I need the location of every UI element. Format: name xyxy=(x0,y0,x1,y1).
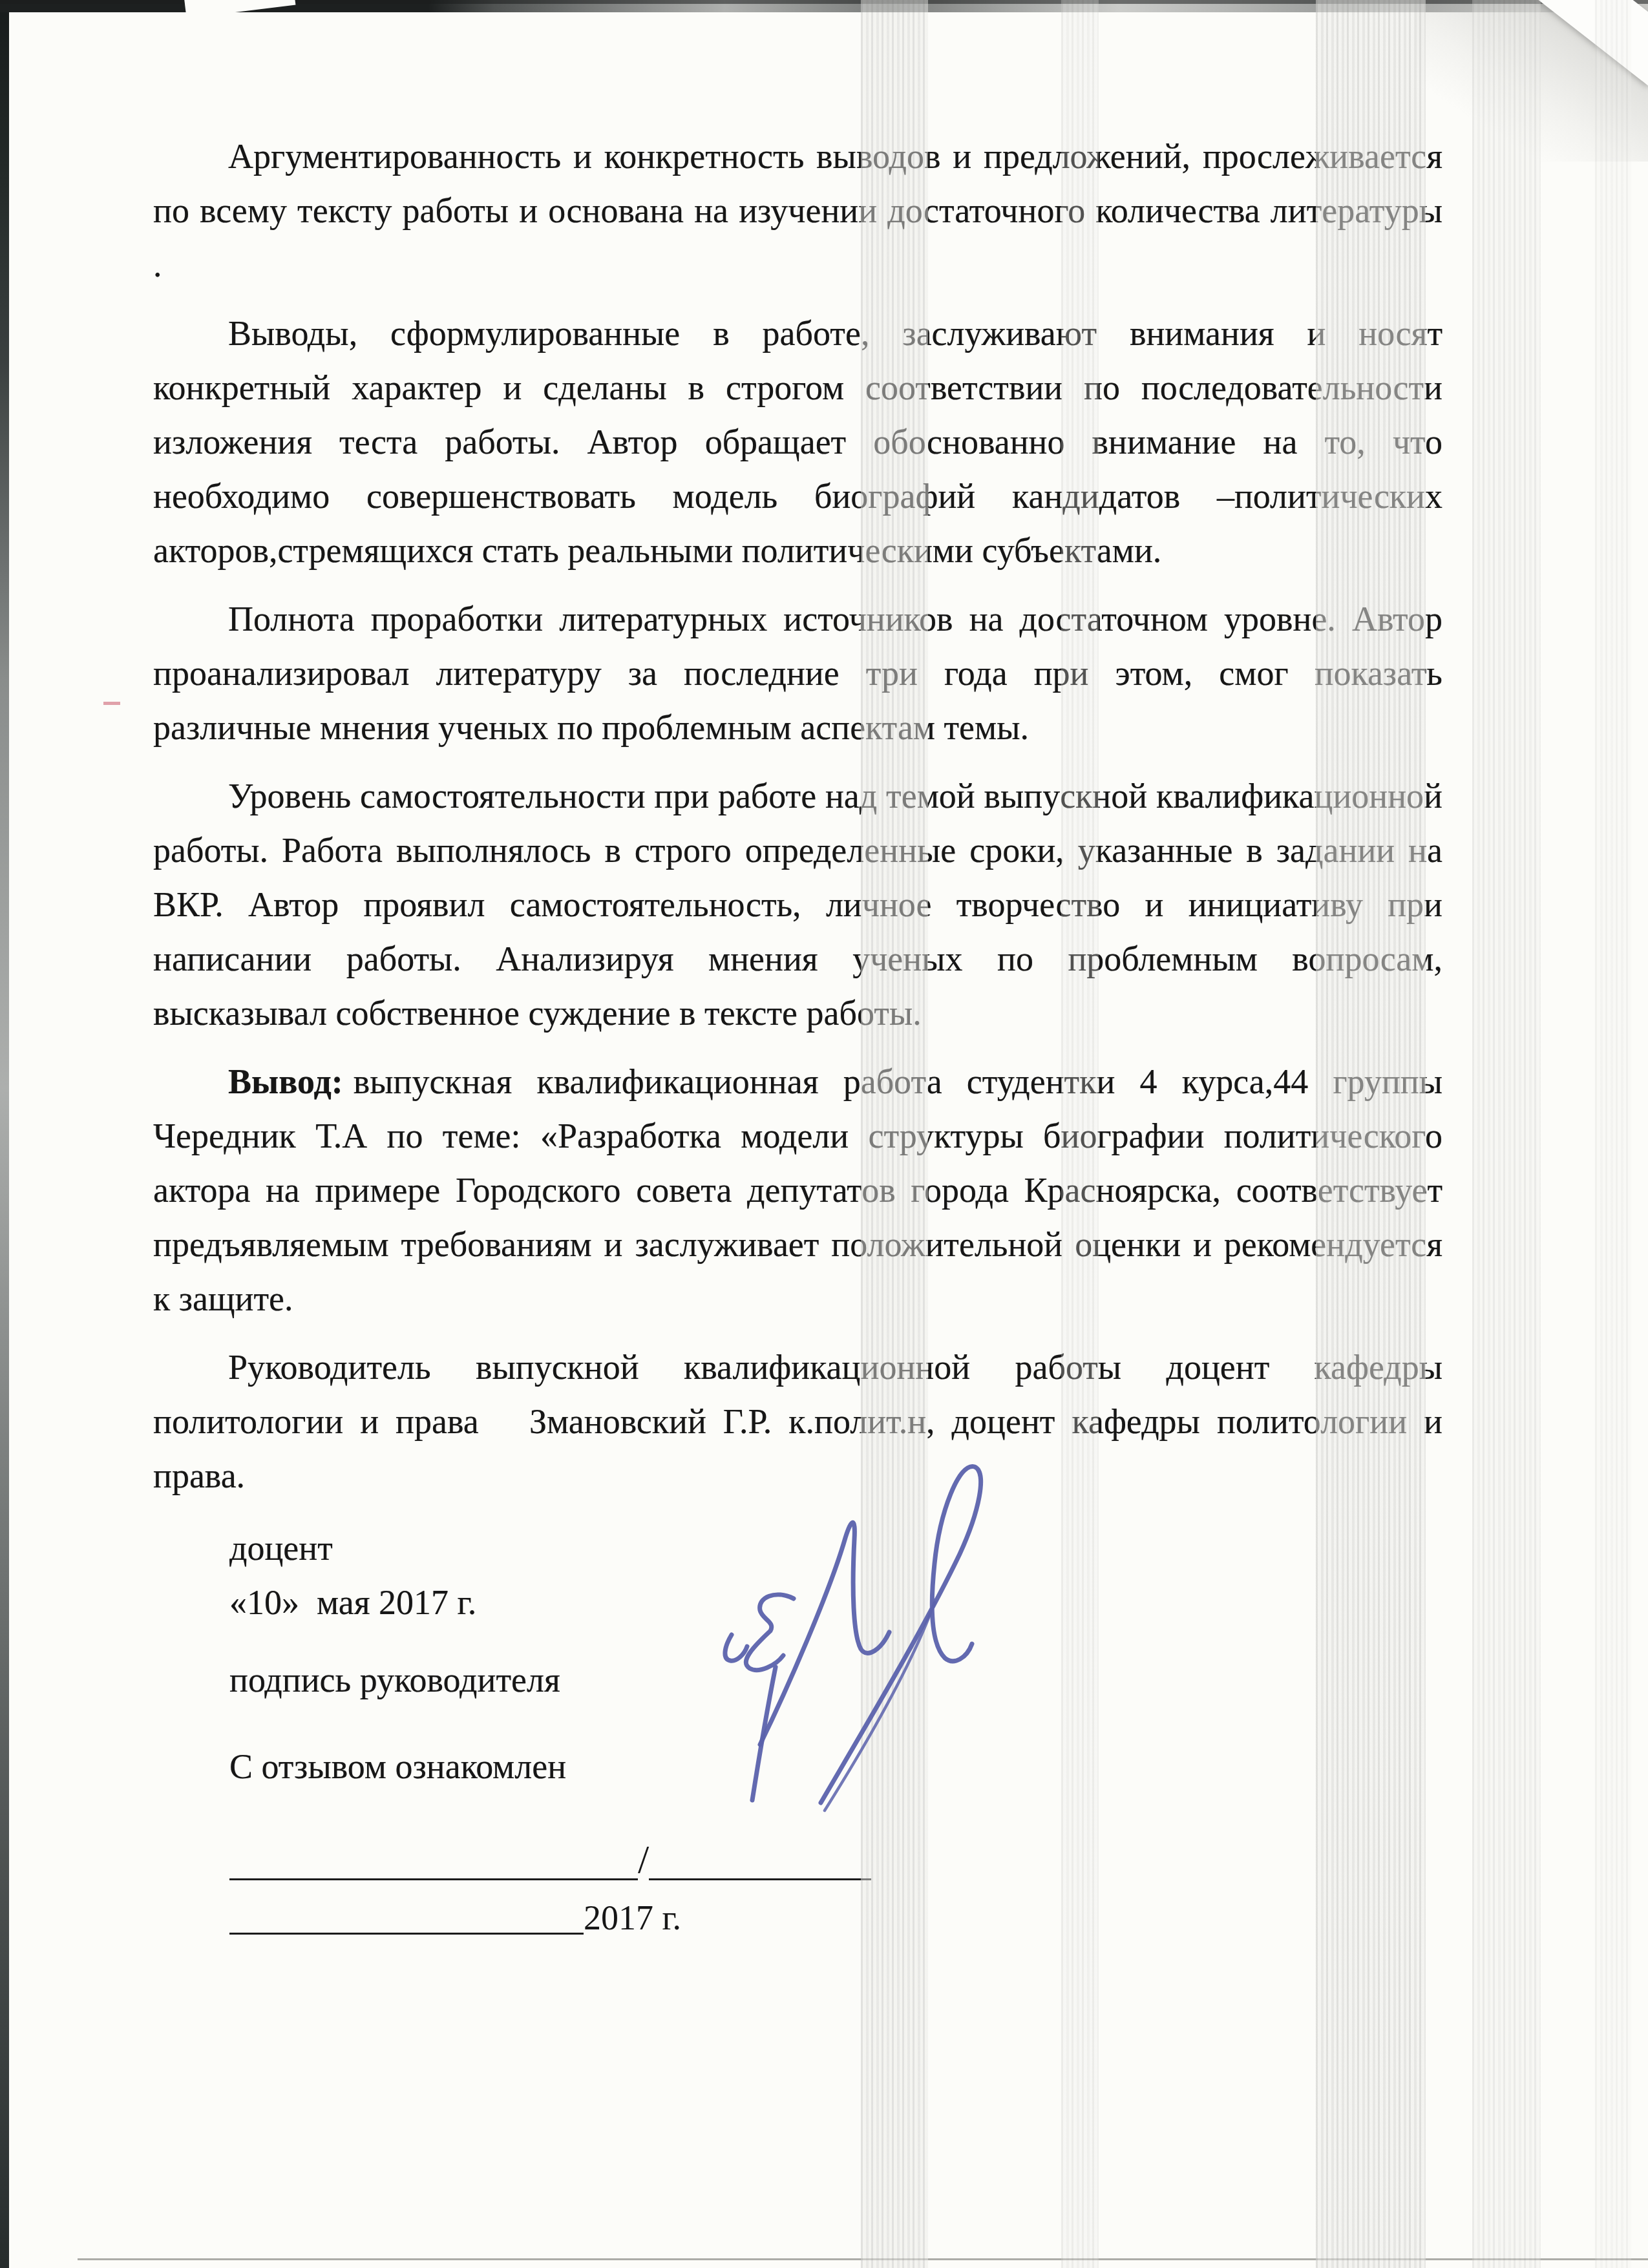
slash-separator: / xyxy=(638,1832,649,1887)
fill-rule xyxy=(229,1878,638,1880)
paragraph: Аргументированность и конкретность вывод… xyxy=(153,129,1442,292)
signature-ink-stroke xyxy=(746,1595,794,1800)
paragraph-text: Выводы, сформулированные в работе, заслу… xyxy=(153,314,1442,570)
conclusion-label: Вывод: xyxy=(228,1062,343,1101)
signature-ink xyxy=(698,1441,1034,1829)
paragraph: Уровень самостоятельности при работе над… xyxy=(153,769,1442,1040)
scanned-page: Аргументированность и конкретность вывод… xyxy=(0,0,1648,2268)
scan-edge-left xyxy=(0,0,9,2268)
paragraph-text: Полнота проработки литературных источник… xyxy=(153,600,1442,747)
signature-fill-line: / xyxy=(153,1835,1442,1891)
date-fill-line: 2017 г. xyxy=(153,1891,1442,1945)
paragraph-text: Уровень самостоятельности при работе над… xyxy=(153,777,1442,1033)
page-bottom-edge xyxy=(78,2258,1648,2260)
paragraph: Полнота проработки литературных источник… xyxy=(153,592,1442,755)
scan-streak xyxy=(1472,0,1541,2268)
paragraph: Выводы, сформулированные в работе, заслу… xyxy=(153,306,1442,578)
signature-ink-stroke xyxy=(821,1466,981,1803)
fill-rule xyxy=(229,1933,584,1935)
paragraph-text: Аргументированность и конкретность вывод… xyxy=(153,137,1442,284)
margin-mark xyxy=(103,702,120,705)
signature-ink-stroke xyxy=(725,1635,747,1661)
fill-rule xyxy=(649,1878,871,1880)
paragraph-text: выпускная квалификационная работа студен… xyxy=(153,1062,1442,1318)
paragraph-conclusion: Вывод:выпускная квалификационная работа … xyxy=(153,1055,1442,1326)
year-suffix: 2017 г. xyxy=(584,1898,681,1937)
signature-ink-stroke xyxy=(760,1522,889,1745)
scan-streak xyxy=(1595,0,1631,2268)
